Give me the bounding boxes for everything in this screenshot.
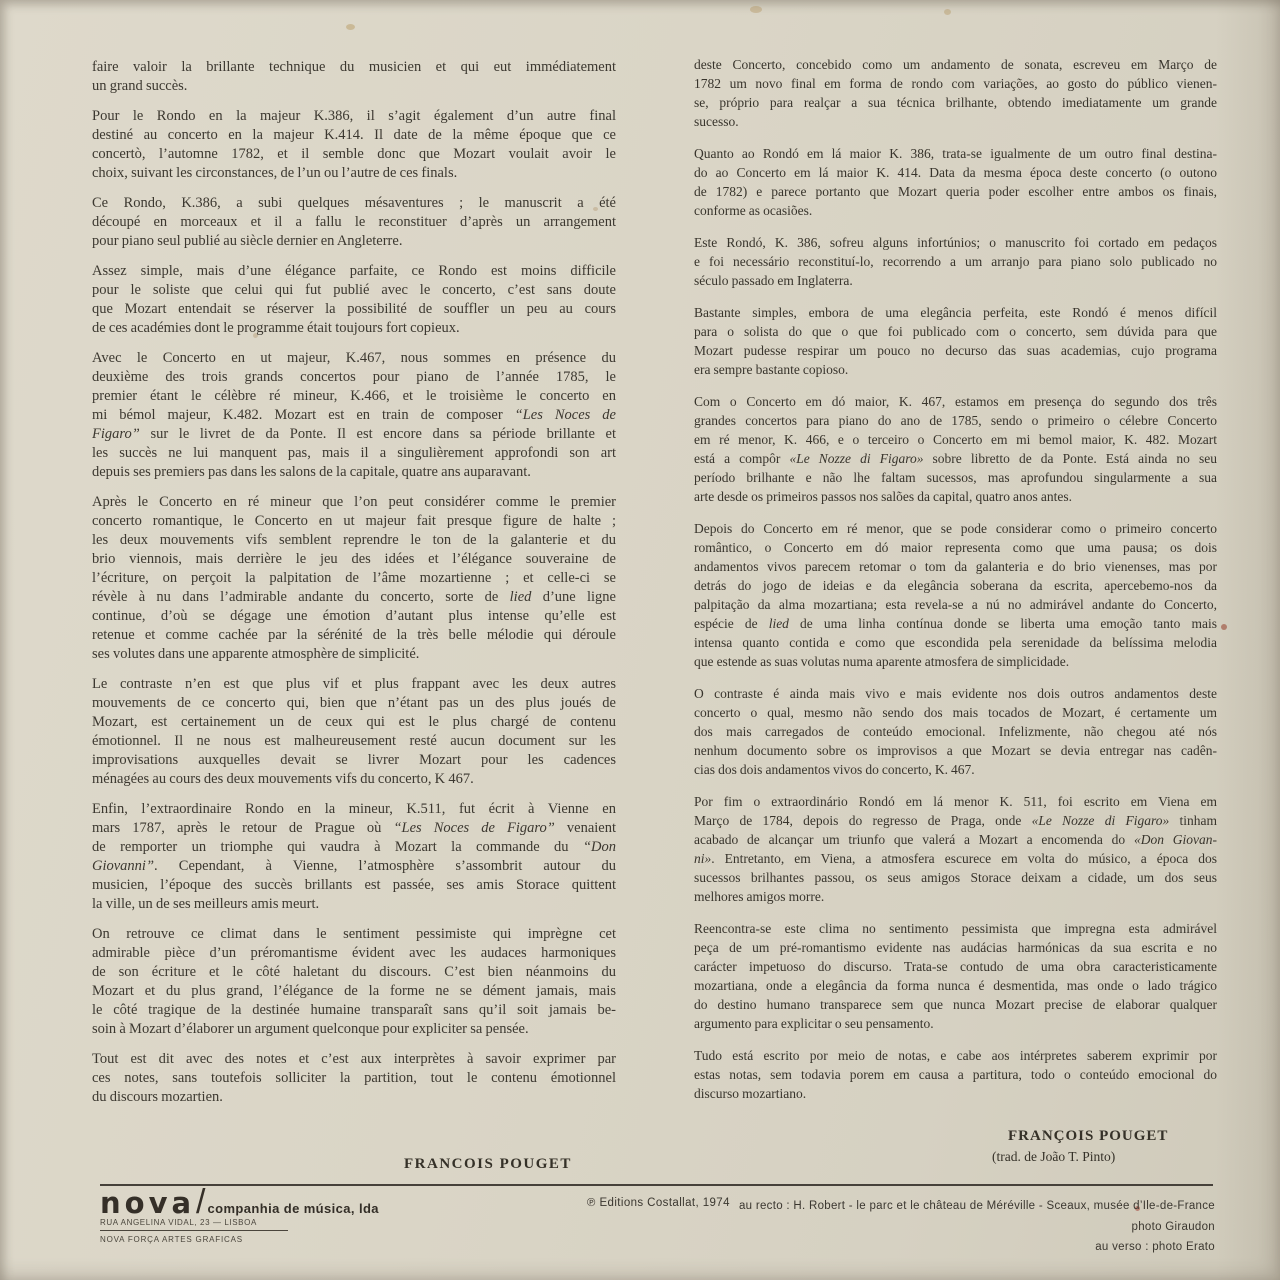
paper-stain xyxy=(750,6,762,13)
text-line: un grand succès. xyxy=(92,77,616,96)
text-line: nenhum documento sobre os improvisos a q… xyxy=(694,741,1217,760)
text-line: Figaro” sur le livret de da Ponte. Il es… xyxy=(92,425,616,444)
text-line: era sempre bastante copioso. xyxy=(694,360,1217,379)
paragraph: Le contraste n’en est que plus vif et pl… xyxy=(92,675,616,789)
paragraph: Pour le Rondo en la majeur K.386, il s’a… xyxy=(92,107,616,183)
text-line: acabado de alcançar um triunfo que valer… xyxy=(694,830,1217,849)
text-line: Avec le Concerto en ut majeur, K.467, no… xyxy=(92,349,616,368)
text-line: le côté tragique de la destinée humaine … xyxy=(92,1001,616,1020)
text-line: soin à Mozart d’élaborer un argument que… xyxy=(92,1020,616,1039)
text-line: mozartiana, onde a elegância da forma nu… xyxy=(694,976,1217,995)
nova-logo: nova xyxy=(100,1190,195,1216)
text-line: de 1782) e parece portanto que Mozart qu… xyxy=(694,182,1217,201)
paragraph: Assez simple, mais d’une élégance parfai… xyxy=(92,262,616,338)
text-line: grandes concertos para piano do ano de 1… xyxy=(694,411,1217,430)
paper-stain xyxy=(346,24,355,30)
publisher-name: companhia de música, lda xyxy=(208,1201,379,1216)
text-line: musicien, l’époque des succès brillants … xyxy=(92,876,616,895)
text-line: On retrouve ce climat dans le sentiment … xyxy=(92,925,616,944)
credit-line: au verso : photo Erato xyxy=(739,1237,1215,1258)
text-line: concertò, l’automne 1782, et il semble d… xyxy=(92,145,616,164)
text-line: Quanto ao Rondó em lá maior K. 386, trat… xyxy=(694,144,1217,163)
text-line: découpé en morceaux et il a fallu le rec… xyxy=(92,213,616,232)
paper-stain xyxy=(944,9,951,15)
record-sleeve-back: { "columns": [ { "key": "french", "langu… xyxy=(0,0,1280,1280)
text-line: do ao Concerto em lá maior K. 414. Data … xyxy=(694,163,1217,182)
liner-notes-column-french: faire valoir la brillante technique du m… xyxy=(92,58,616,1118)
paragraph: Por fim o extraordinário Rondó em lá men… xyxy=(694,792,1217,906)
text-line: detrás do jogo de ideias e da elegância … xyxy=(694,576,1217,595)
text-line: pour le soliste que celui qui fut publié… xyxy=(92,281,616,300)
credit-line: photo Giraudon xyxy=(739,1217,1215,1238)
text-line: brio viennois, mais derrière le jeu des … xyxy=(92,550,616,569)
footer-divider-rule xyxy=(100,1184,1213,1186)
text-line: Mozart et du plus grand, l’élégance de l… xyxy=(92,982,616,1001)
text-line: O contraste é ainda mais vivo e mais evi… xyxy=(694,684,1217,703)
translator-credit: (trad. de João T. Pinto) xyxy=(992,1149,1168,1165)
text-line: discurso mozartiano. xyxy=(694,1084,1217,1103)
author-signature-portuguese: FRANÇOIS POUGET xyxy=(1008,1128,1168,1145)
text-line: Pour le Rondo en la majeur K.386, il s’a… xyxy=(92,107,616,126)
paragraph: Ce Rondo, K.386, a subi quelques mésaven… xyxy=(92,194,616,251)
text-line: révèle à nu dans l’admirable andante du … xyxy=(92,588,616,607)
text-line: destiné au concerto en la majeur K.414. … xyxy=(92,126,616,145)
paragraph: On retrouve ce climat dans le sentiment … xyxy=(92,925,616,1039)
copyright-notice: ℗ Editions Costallat, 1974 xyxy=(587,1197,730,1209)
text-line: de son écriture et le côté haletant du d… xyxy=(92,963,616,982)
text-line: Com o Concerto em dó maior, K. 467, esta… xyxy=(694,392,1217,411)
text-line: se, próprio para realçar a sua técnica b… xyxy=(694,93,1217,112)
text-line: século passado em Inglaterra. xyxy=(694,271,1217,290)
text-line: choix, suivant les circonstances, de l’u… xyxy=(92,164,616,183)
paper-stain xyxy=(1221,624,1227,630)
paragraph: Enfin, l’extraordinaire Rondo en la mine… xyxy=(92,800,616,914)
text-line: sucesso. xyxy=(694,112,1217,131)
scan-edge-shadow xyxy=(1216,0,1280,1280)
text-line: l’écriture, on perçoit la palpitation de… xyxy=(92,569,616,588)
text-line: pour piano seul publié au siècle dernier… xyxy=(92,232,616,251)
text-line: de remporter un triomphe qui vaudra à Mo… xyxy=(92,838,616,857)
text-line: faire valoir la brillante technique du m… xyxy=(92,58,616,77)
text-line: émotionnel. Il ne nous est malheureuseme… xyxy=(92,732,616,751)
text-line: Depois do Concerto em ré menor, que se p… xyxy=(694,519,1217,538)
text-line: carácter impetuoso do discurso. Trata-se… xyxy=(694,957,1217,976)
paragraph: deste Concerto, concebido como um andame… xyxy=(694,55,1217,131)
publisher-address-rule xyxy=(100,1230,288,1231)
text-line: em ré menor, K. 466, e o terceiro o Conc… xyxy=(694,430,1217,449)
text-line: improvisations auxquelles devait se livr… xyxy=(92,751,616,770)
paragraph: Este Rondó, K. 386, sofreu alguns infort… xyxy=(694,233,1217,290)
text-line: argumento para explicitar o seu pensamen… xyxy=(694,1014,1217,1033)
text-line: Tudo está escrito por meio de notas, e c… xyxy=(694,1046,1217,1065)
text-line: Este Rondó, K. 386, sofreu alguns infort… xyxy=(694,233,1217,252)
author-signature-french: FRANCOIS POUGET xyxy=(404,1156,572,1173)
publisher-address: RUA ANGELINA VIDAL, 23 — LISBOA xyxy=(100,1218,379,1227)
text-line: deuxième des trois grands concertos pour… xyxy=(92,368,616,387)
text-line: sucessos brilhantes passou, os seus amig… xyxy=(694,868,1217,887)
text-line: mars 1787, après le retour de Prague où … xyxy=(92,819,616,838)
text-line: estas notas, sem todavia porem em causa … xyxy=(694,1065,1217,1084)
text-line: dos mais carregados de conteúdo emociona… xyxy=(694,722,1217,741)
paragraph: Com o Concerto em dó maior, K. 467, esta… xyxy=(694,392,1217,506)
publisher-block: nova/companhia de música, lda RUA ANGELI… xyxy=(100,1190,379,1244)
author-signature-portuguese-block: FRANÇOIS POUGET (trad. de João T. Pinto) xyxy=(992,1128,1168,1165)
text-line: que Mozart entendait se réserver la poss… xyxy=(92,300,616,319)
text-line: arte desde os primeiros passos nos salõe… xyxy=(694,487,1217,506)
text-line: les deux mouvements vifs semblent repren… xyxy=(92,531,616,550)
text-line: do destino humano transparece sem que nu… xyxy=(694,995,1217,1014)
text-line: cias dos dois andamentos vivos do concer… xyxy=(694,760,1217,779)
printer-credit: NOVA FORÇA ARTES GRAFICAS xyxy=(100,1235,379,1244)
photo-credits: au recto : H. Robert - le parc et le châ… xyxy=(739,1196,1215,1258)
text-line: mi bémol majeur, K.482. Mozart est en tr… xyxy=(92,406,616,425)
text-line: Por fim o extraordinário Rondó em lá men… xyxy=(694,792,1217,811)
text-line: ni». Entretanto, em Viena, a atmosfera e… xyxy=(694,849,1217,868)
text-line: peça de um pré-romantismo evidente nas a… xyxy=(694,938,1217,957)
text-line: Tout est dit avec des notes et c’est aux… xyxy=(92,1050,616,1069)
text-line: espécie de lied de uma linha contínua do… xyxy=(694,614,1217,633)
paragraph: Avec le Concerto en ut majeur, K.467, no… xyxy=(92,349,616,482)
text-line: Ce Rondo, K.386, a subi quelques mésaven… xyxy=(92,194,616,213)
paragraph: Depois do Concerto em ré menor, que se p… xyxy=(694,519,1217,671)
text-line: du discours mozartien. xyxy=(92,1088,616,1107)
paragraph: Reencontra-se este clima no sentimento p… xyxy=(694,919,1217,1033)
text-line: Março de 1784, depois do regresso de Pra… xyxy=(694,811,1217,830)
text-line: ses volutes dans une apparente atmosphèr… xyxy=(92,645,616,664)
paragraph: faire valoir la brillante technique du m… xyxy=(92,58,616,96)
text-line: melhores amigos morre. xyxy=(694,887,1217,906)
text-line: período brilhante e não lhe faltam suces… xyxy=(694,468,1217,487)
text-line: 1782 um novo final em forma de rondo com… xyxy=(694,74,1217,93)
text-line: para o solista do que o que foi publicad… xyxy=(694,322,1217,341)
text-line: retenue et comme cachée par la sérénité … xyxy=(92,626,616,645)
text-line: intensa quanto contida e como que escond… xyxy=(694,633,1217,652)
text-line: e foi necessário reconstituí-lo, recorre… xyxy=(694,252,1217,271)
text-line: admirable pièce d’un préromantisme évide… xyxy=(92,944,616,963)
paragraph: Tout est dit avec des notes et c’est aux… xyxy=(92,1050,616,1107)
text-line: continue, d’où se dégage une émotion d’a… xyxy=(92,607,616,626)
text-line: Enfin, l’extraordinaire Rondo en la mine… xyxy=(92,800,616,819)
text-line: mouvements de ce concerto qui, bien que … xyxy=(92,694,616,713)
text-line: de ces académies dont le programme était… xyxy=(92,319,616,338)
text-line: Mozart pudesse respirar um pouco no decu… xyxy=(694,341,1217,360)
text-line: conforme as ocasiões. xyxy=(694,201,1217,220)
text-line: les succès ne lui manquent pas, mais il … xyxy=(92,444,616,463)
text-line: premier étant le célèbre ré mineur, K.46… xyxy=(92,387,616,406)
paragraph: Après le Concerto en ré mineur que l’on … xyxy=(92,493,616,664)
text-line: Mozart, est certainement un de ceux qui … xyxy=(92,713,616,732)
paragraph: Quanto ao Rondó em lá maior K. 386, trat… xyxy=(694,144,1217,220)
text-line: palpitação da alma mozartiana; esta reve… xyxy=(694,595,1217,614)
text-line: ces notes, sans toutefois solliciter la … xyxy=(92,1069,616,1088)
text-line: depuis ses premiers pas dans les salons … xyxy=(92,463,616,482)
text-line: concerto romantique, le Concerto en ut m… xyxy=(92,512,616,531)
text-line: Le contraste n’en est que plus vif et pl… xyxy=(92,675,616,694)
liner-notes-column-portuguese: deste Concerto, concebido como um andame… xyxy=(694,55,1217,1116)
nova-logo-slash: / xyxy=(196,1190,205,1214)
paragraph: O contraste é ainda mais vivo e mais evi… xyxy=(694,684,1217,779)
text-line: deste Concerto, concebido como um andame… xyxy=(694,55,1217,74)
text-line: concerto o qual, mesmo não sendo dos mai… xyxy=(694,703,1217,722)
text-line: andamentos vivos parecem retomar o tom d… xyxy=(694,557,1217,576)
paragraph: Bastante simples, embora de uma elegânci… xyxy=(694,303,1217,379)
credit-line: au recto : H. Robert - le parc et le châ… xyxy=(739,1196,1215,1217)
text-line: que estende as suas volutas numa aparent… xyxy=(694,652,1217,671)
paragraph: Tudo está escrito por meio de notas, e c… xyxy=(694,1046,1217,1103)
text-line: Reencontra-se este clima no sentimento p… xyxy=(694,919,1217,938)
text-line: la ville, un de ses meilleurs amis meurt… xyxy=(92,895,616,914)
text-line: ménagées au cours des deux mouvements vi… xyxy=(92,770,616,789)
text-line: está a compôr «Le Nozze di Figaro» sobre… xyxy=(694,449,1217,468)
text-line: Après le Concerto en ré mineur que l’on … xyxy=(92,493,616,512)
text-line: Bastante simples, embora de uma elegânci… xyxy=(694,303,1217,322)
text-line: Assez simple, mais d’une élégance parfai… xyxy=(92,262,616,281)
text-line: romântico, o Concerto em dó maior repres… xyxy=(694,538,1217,557)
text-line: Giovanni”. Cependant, à Vienne, l’atmosp… xyxy=(92,857,616,876)
